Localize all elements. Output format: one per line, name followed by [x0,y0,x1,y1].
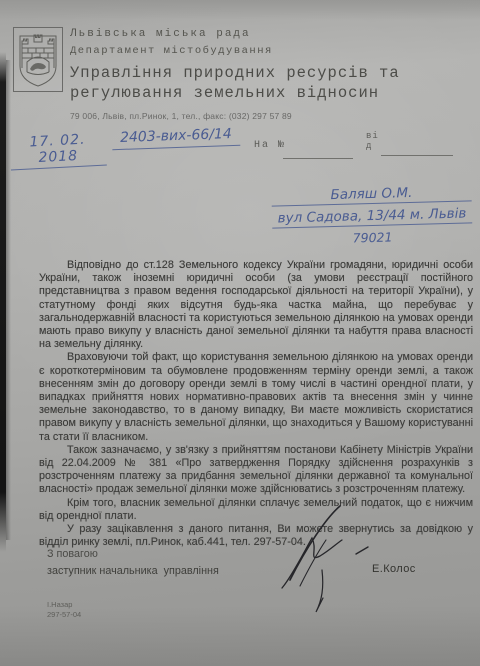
signature-flourish [278,500,378,625]
handwritten-outgoing-number: 2403-вих-66/14 [112,126,241,150]
photo-top-shade [0,0,480,20]
paragraph-2: Враховуючи той факт, що користування зем… [39,351,473,443]
recipient-name: Баляш О.М. [271,183,471,206]
org-name-line1: Львівська міська рада [70,28,470,40]
na-no-blank-line [283,158,353,159]
paragraph-1: Відповідно до ст.128 Земельного кодексу … [39,259,473,351]
recipient-address: вул Садова, 13/44 м. Львів [272,205,472,228]
executor-name: І.Назар [47,600,81,610]
recipient-postal-code: 79021 [272,227,472,247]
letterhead: Львівська міська рада Департамент містоб… [70,28,470,121]
letter-photo: Львівська міська рада Департамент містоб… [0,0,480,666]
letter-body: Відповідно до ст.128 Земельного кодексу … [39,259,473,549]
lviv-coat-of-arms-icon [13,27,63,92]
vid-label: ві д [366,131,379,151]
vid-blank-line [381,155,453,156]
paragraph-3: Також зазначаємо, у зв'язку з прийняттям… [39,444,473,497]
executor-phone: 297-57-04 [47,610,81,620]
na-no-label: На № [254,140,286,151]
org-name-line2: Департамент містобудування [70,45,470,57]
photo-left-edge-shadow [6,60,11,540]
vid-label-top: ві [366,131,379,141]
salutation: З повагою [47,548,98,560]
recipient-block: Баляш О.М. вул Садова, 13/44 м. Львів 79… [271,183,472,247]
org-address: 79 006, Львів, пл.Ринок, 1, тел., факс: … [70,111,470,121]
signer-position: заступник начальника управління [47,565,219,577]
paragraph-4: Крім того, власник земельної ділянки спл… [39,497,473,523]
department-title: Управління природних ресурсів та регулюв… [70,63,480,103]
paragraph-5: У разу зацікавлення з даного питання, Ви… [39,523,473,549]
executor-block: І.Назар 297-57-04 [47,600,81,620]
signer-name: Е.Колос [372,563,416,575]
handwritten-date: 17. 02. 2018 [9,131,107,171]
vid-label-bottom: д [366,141,379,151]
